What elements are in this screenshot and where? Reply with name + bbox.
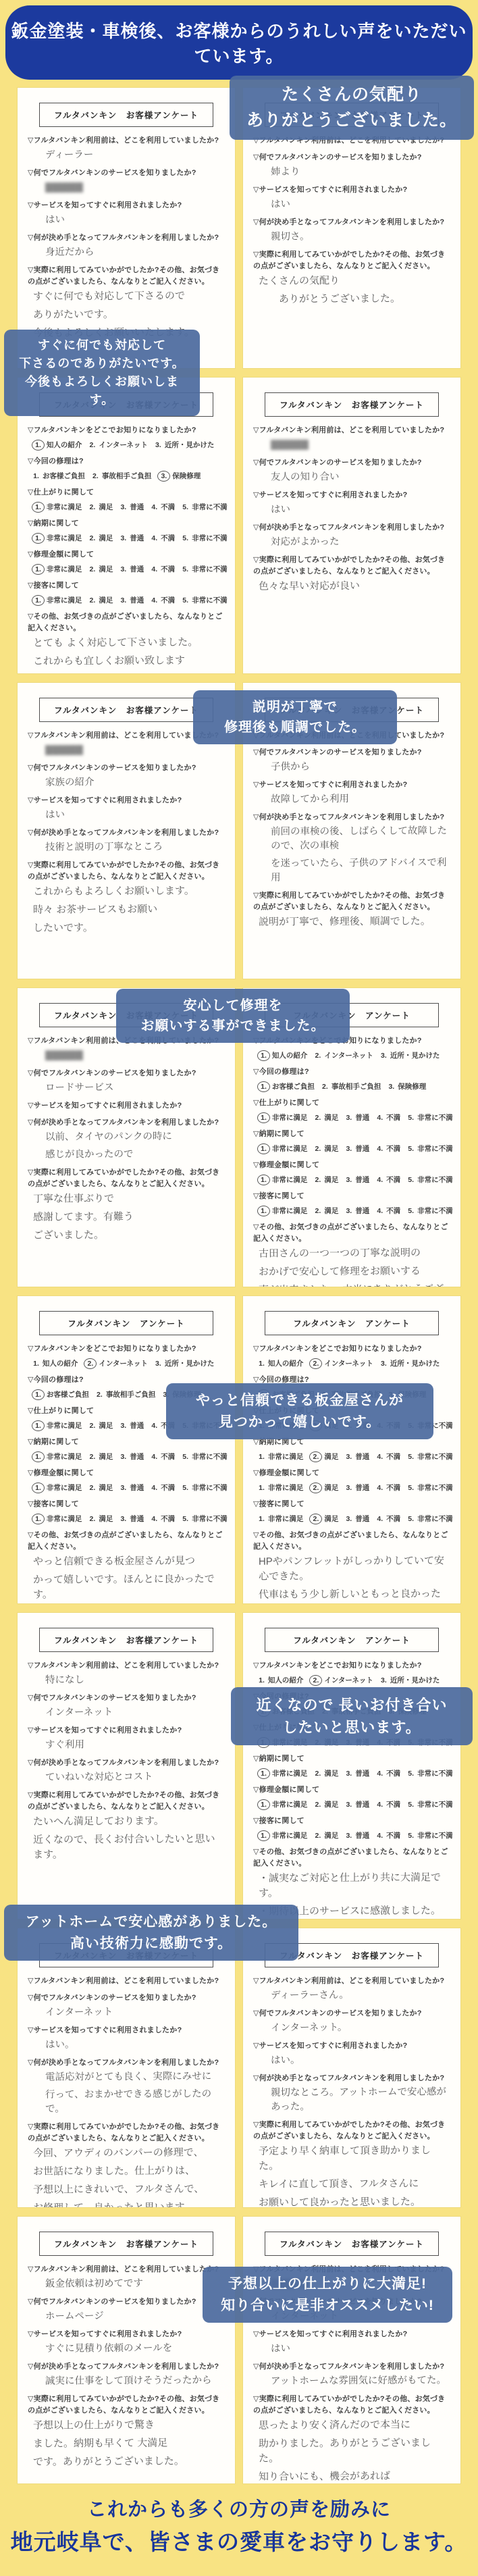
option: 3. 近所・見かけた (379, 1676, 440, 1684)
survey-card: フルタバンキン お客様アンケート▽フルタバンキン利用前は、どこを利用していました… (18, 88, 235, 368)
option: 2. 満足 (313, 1145, 338, 1153)
option-number: 4. (375, 1453, 384, 1461)
option: 1. 非常に満足 (32, 503, 82, 511)
options-row: 1. 非常に満足2. 満足3. 普通4. 不満5. 非常に不満 (257, 1768, 450, 1779)
option: 2. インターネット (309, 1676, 373, 1684)
option: 2. 満足 (313, 1801, 338, 1809)
option-text: 不満 (384, 1484, 400, 1492)
option-number: 5. (406, 1176, 415, 1184)
callout-line: 説明が丁寧で (203, 697, 388, 717)
question-label: ▽その他、お気づきの点がございましたら、なんなりとご記入ください。 (28, 1530, 225, 1553)
footer-message: これからも多くの方の声を励みに 地元岐阜で、皆さまの愛車をお守りします。 (0, 2496, 478, 2576)
option-number: 3. (344, 1484, 353, 1492)
option-text: 不満 (384, 1515, 400, 1523)
option-number: 4. (375, 1114, 384, 1122)
options-row: 1. 知人の紹介2. インターネット3. 近所・見かけた (32, 440, 225, 450)
option-text: 満足 (322, 1770, 338, 1778)
question-label: ▽実際に利用してみていかがでしたか?その他、お気づきの点がございましたら、なんな… (253, 555, 450, 577)
option-number: 5. (181, 596, 190, 604)
option: 1. 非常に満足 (257, 1207, 307, 1215)
handwritten-answer: 前回の車検の後、しばらくして故障したので、次の車検 (271, 825, 450, 854)
option: 1. 非常に満足 (257, 1515, 303, 1523)
option: 1. お客様ご負担 (257, 1083, 315, 1091)
option-number: 4. (375, 1484, 384, 1492)
option: 4. 不満 (375, 1114, 400, 1122)
question-label: ▽実際に利用してみていかがでしたか?その他、お気づきの点がございましたら、なんな… (28, 860, 225, 883)
options-row: 1. 非常に満足2. 満足3. 普通4. 不満5. 非常に不満 (257, 1830, 450, 1841)
option-text: 知人の紹介 (41, 1360, 78, 1368)
option: 5. 非常に不満 (406, 1114, 452, 1122)
option-number: 4. (150, 596, 159, 604)
option-text: 非常に不満 (415, 1453, 452, 1461)
question-label: ▽サービスを知ってすぐに利用されましたか? (253, 779, 450, 791)
option-number: 4. (375, 1832, 384, 1840)
option-text: 満足 (322, 1832, 338, 1840)
footer-line-1: これからも多くの方の声を励みに (0, 2496, 478, 2525)
question-label: ▽サービスを知ってすぐに利用されましたか? (253, 2040, 450, 2052)
handwritten-answer: おかげで安心して修理をお願いする (259, 1264, 450, 1279)
option-text: 普通 (353, 1515, 369, 1523)
option-number: 2. (88, 565, 97, 573)
question-label: ▽何が決め手となってフルタバンキンを利用しましたか? (28, 827, 225, 839)
handwritten-answer: 説明が丁寧で、修理後、順調でした。 (259, 915, 450, 930)
handwritten-answer: 行って、おまかせできる感じがしたので。 (45, 2088, 225, 2117)
option-number: 2. (313, 1052, 322, 1060)
option: 2. インターネット (309, 1360, 373, 1368)
option: 4. 不満 (150, 503, 175, 511)
circled-option-number: 1. (32, 1420, 45, 1431)
option: 2. 満足 (88, 565, 113, 573)
handwritten-answer: はい (45, 212, 225, 227)
option-text: 満足 (97, 1515, 113, 1523)
redacted-handwritten-answer: ▇▇▇▇▇ (45, 1048, 225, 1062)
option: 2. 事故相手ご負担 (321, 1083, 381, 1091)
option-number: 4. (375, 1176, 384, 1184)
question-label: ▽フルタバンキン利用前は、どこを利用していましたか? (253, 425, 450, 436)
handwritten-answer: 姉より (271, 164, 450, 179)
option-number: 3. (119, 1422, 128, 1430)
option-number: 2. (313, 1832, 322, 1840)
option-number: 4. (150, 503, 159, 511)
question-label: ▽何が決め手となってフルタバンキンを利用しましたか? (253, 2361, 450, 2373)
handwritten-answer: はい (271, 502, 450, 517)
option-text: お客様ご負担 (41, 472, 85, 480)
option-number: 2. (95, 1391, 104, 1399)
handwritten-answer: 感謝してます。有難う (33, 1209, 225, 1225)
option-text: 非常に不満 (415, 1801, 452, 1809)
handwritten-answer: 感じが良かったので (45, 1148, 225, 1162)
option-number: 2. (313, 1145, 322, 1153)
option-text: 不満 (159, 1484, 175, 1492)
callout-line: 下さるのでありがたいです。 (14, 355, 190, 373)
handwritten-answer: これからもよろしくお願いします。 (33, 884, 225, 900)
question-label: ▽何でフルタバンキンのサービスを知りましたか? (28, 1693, 225, 1704)
option-text: 普通 (128, 503, 144, 511)
option: 1. 知人の紹介 (257, 1360, 303, 1368)
question-label: ▽接客に関して (253, 1191, 450, 1202)
option-number: 4. (375, 1801, 384, 1809)
question-label: ▽実際に利用してみていかがでしたか?その他、お気づきの点がございましたら、なんな… (28, 1167, 225, 1190)
option-number: 2. (88, 503, 97, 511)
option: 3. 普通 (344, 1453, 369, 1461)
option-number: 2. (321, 1083, 329, 1091)
option: 3. 普通 (119, 1453, 144, 1461)
question-label: ▽何でフルタバンキンのサービスを知りましたか? (253, 2008, 450, 2019)
option-number: 1. (257, 1484, 266, 1492)
option: 1. 非常に満足 (32, 1422, 82, 1430)
handwritten-answer: 色々な早い対応が良い (259, 579, 450, 594)
question-label: ▽フルタバンキンをどこでお知りになりましたか? (253, 1343, 450, 1355)
option-text: 非常に満足 (45, 534, 82, 542)
circled-option-number: 1. (257, 1081, 270, 1092)
option-text: 非常に満足 (45, 1453, 82, 1461)
option: 5. 非常に不満 (181, 596, 227, 604)
option-number: 1. (257, 1360, 266, 1368)
option-number: 2. (313, 1801, 322, 1809)
option: 1. 非常に満足 (32, 565, 82, 573)
option-text: 非常に満足 (270, 1801, 307, 1809)
handwritten-answer: 親切さ。 (271, 230, 450, 244)
question-label: ▽仕上がりに関して (253, 1098, 450, 1109)
option-number: 3. (344, 1453, 353, 1461)
handwritten-answer: 思ったより安く済んだので本当に (259, 2418, 450, 2433)
option-text: 非常に不満 (415, 1114, 452, 1122)
option: 2. 満足 (88, 503, 113, 511)
question-label: ▽何でフルタバンキンのサービスを知りましたか? (28, 1992, 225, 2004)
options-row: 1. 非常に満足2. 満足3. 普通4. 不満5. 非常に不満 (32, 533, 225, 544)
options-row: 1. 非常に満足2. 満足3. 普通4. 不満5. 非常に不満 (257, 1799, 450, 1810)
survey-card: フルタバンキン お客様アンケート▽フルタバンキン利用前は、どこを利用していました… (243, 378, 460, 673)
testimonial-callout: アットホームで安心感がありました。高い技術力に感動です。 (4, 1905, 298, 1961)
handwritten-answer: 対応がよかった (271, 535, 450, 550)
option-number: 4. (375, 1145, 384, 1153)
option: 4. 不満 (150, 1515, 175, 1523)
option: 3. 普通 (119, 1422, 144, 1430)
question-label: ▽何が決め手となってフルタバンキンを利用しましたか? (28, 1757, 225, 1769)
option-text: 非常に不満 (415, 1770, 452, 1778)
question-label: ▽実際に利用してみていかがでしたか?その他、お気づきの点がございましたら、なんな… (253, 249, 450, 272)
question-label: ▽修理金額に関して (253, 1468, 450, 1479)
option-text: 満足 (322, 1145, 338, 1153)
testimonial-callout: やっと信頼できる板金屋さんが見つかって嬉しいです。 (166, 1383, 433, 1439)
option: 3. 普通 (119, 1515, 144, 1523)
option: 3. 普通 (344, 1145, 369, 1153)
option-number: 2. (88, 1453, 97, 1461)
question-label: ▽修理金額に関して (253, 1784, 450, 1796)
option: 5. 非常に不満 (406, 1515, 452, 1523)
option: 2. 満足 (88, 1484, 113, 1492)
handwritten-answer: はい。 (271, 2053, 450, 2067)
option: 3. 普通 (344, 1114, 369, 1122)
survey-card-header: フルタバンキン お客様アンケート (39, 1628, 214, 1652)
handwritten-answer: たいへん満足しております。 (33, 1814, 225, 1830)
handwritten-answer: お修理して、良かったと思います。 (33, 2200, 225, 2207)
option-text: 不満 (384, 1114, 400, 1122)
handwritten-answer: アットホームな雰囲気に好感がもてた。 (271, 2374, 450, 2389)
handwritten-answer: です。ありがとうございました。 (33, 2454, 225, 2469)
option-number: 5. (181, 1453, 190, 1461)
option-number: 2. (313, 1770, 322, 1778)
circled-option-number: 1. (257, 1050, 270, 1061)
options-row: 1. 知人の紹介2. インターネット3. 近所・見かけた (257, 1358, 450, 1369)
option: 3. 普通 (344, 1207, 369, 1215)
question-label: ▽実際に利用してみていかがでしたか?その他、お気づきの点がございましたら、なんな… (28, 1790, 225, 1813)
option-text: 非常に満足 (45, 596, 82, 604)
handwritten-answer: 以前、タイヤのパンクの時に (45, 1130, 225, 1145)
testimonial-callout: すぐに何でも対応して下さるのでありがたいです。今後もよろしくお願いします。 (4, 330, 200, 416)
handwritten-answer: ありがとうございました。 (259, 291, 450, 307)
question-label: ▽何でフルタバンキンのサービスを知りましたか? (28, 1068, 225, 1079)
question-label: ▽何でフルタバンキンのサービスを知りましたか? (253, 457, 450, 469)
question-label: ▽今回の修理は? (253, 1066, 450, 1078)
option-text: 非常に満足 (266, 1484, 303, 1492)
option: 2. インターネット (84, 1360, 147, 1368)
option-text: インターネット (322, 1676, 373, 1684)
circled-option-number: 2. (309, 1675, 322, 1686)
survey-card: フルタバンキン お客様アンケート▽フルタバンキン利用前は、どこを利用していました… (243, 2217, 460, 2483)
options-row: 1. 非常に満足2. 満足3. 普通4. 不満5. 非常に不満 (257, 1112, 450, 1123)
survey-card-header: フルタバンキン お客様アンケート (39, 698, 214, 722)
option-number: 2. (313, 1207, 322, 1215)
option-number: 5. (181, 503, 190, 511)
question-label: ▽サービスを知ってすぐに利用されましたか? (253, 490, 450, 501)
handwritten-answer: たくさんの気配り (259, 274, 450, 289)
option-text: 非常に満足 (45, 1515, 82, 1523)
handwritten-answer: すぐに何でも対応して下さるので (33, 289, 225, 305)
question-label: ▽フルタバンキン利用前は、どこを利用していましたか? (28, 1660, 225, 1672)
survey-card: フルタバンキン アンケート▽フルタバンキンをどこでお知りになりましたか?1. 知… (18, 1296, 235, 1603)
option-number: 3. (119, 565, 128, 573)
survey-card-header: フルタバンキン お客様アンケート (265, 2232, 440, 2256)
callout-line: たくさんの気配り (239, 82, 464, 108)
option-text: お客様ご負担 (270, 1083, 315, 1091)
handwritten-answer: はい (45, 807, 225, 822)
option: 2. 満足 (88, 1422, 113, 1430)
question-label: ▽今回の修理は? (28, 456, 225, 467)
option: 5. 非常に不満 (406, 1770, 452, 1778)
option-text: 普通 (353, 1207, 369, 1215)
options-row: 1. 非常に満足2. 満足3. 普通4. 不満5. 非常に不満 (32, 1451, 225, 1462)
callout-line: すぐに何でも対応して (14, 336, 190, 355)
testimonial-callout: 近くなので 長いお付き合いしたいと思います。 (231, 1687, 473, 1745)
question-label: ▽サービスを知ってすぐに利用されましたか? (253, 184, 450, 196)
option-text: 満足 (322, 1176, 338, 1184)
option: 4. 不満 (375, 1207, 400, 1215)
option-number: 5. (181, 1515, 190, 1523)
option-text: 普通 (128, 1484, 144, 1492)
handwritten-answer: 助かりました。ありがとうございました。 (259, 2436, 450, 2466)
question-label: ▽サービスを知ってすぐに利用されましたか? (28, 200, 225, 211)
circled-option-number: 1. (32, 564, 45, 575)
option: 3. 近所・見かけた (154, 1360, 214, 1368)
options-row: 1. 非常に満足2. 満足3. 普通4. 不満5. 非常に不満 (32, 564, 225, 575)
option-number: 5. (406, 1453, 415, 1461)
option: 4. 不満 (375, 1176, 400, 1184)
question-label: ▽実際に利用してみていかがでしたか?その他、お気づきの点がございましたら、なんな… (253, 890, 450, 913)
option-number: 3. (379, 1052, 388, 1060)
question-label: ▽サービスを知ってすぐに利用されましたか? (28, 1725, 225, 1736)
option-text: 普通 (353, 1484, 369, 1492)
option-text: 非常に不満 (190, 1515, 227, 1523)
handwritten-answer: 時々 お茶サービスもお願い (33, 902, 225, 917)
option-number: 4. (150, 1422, 159, 1430)
question-label: ▽その他、お気づきの点がございましたら、なんなりとご記入ください。 (253, 1222, 450, 1245)
option-text: 不満 (384, 1453, 400, 1461)
option-number: 3. (379, 1360, 388, 1368)
option-text: 近所・見かけた (388, 1676, 440, 1684)
option-text: 普通 (128, 1453, 144, 1461)
question-label: ▽サービスを知ってすぐに利用されましたか? (253, 2329, 450, 2340)
testimonial-callout: 安心して修理をお願いする事ができました。 (116, 989, 350, 1043)
question-label: ▽何でフルタバンキンのサービスを知りましたか? (28, 763, 225, 774)
handwritten-answer: はい。 (45, 2037, 225, 2052)
circled-option-number: 1. (32, 595, 45, 606)
question-label: ▽サービスを知ってすぐに利用されましたか? (28, 795, 225, 806)
option-number: 2. (88, 534, 97, 542)
option-text: 非常に不満 (415, 1207, 452, 1215)
option-text: 非常に不満 (415, 1176, 452, 1184)
testimonial-callout: 説明が丁寧で修理後も順調でした。 (193, 690, 397, 744)
option: 1. 非常に満足 (32, 1453, 82, 1461)
option: 5. 非常に不満 (406, 1832, 452, 1840)
handwritten-answer: かって嬉しいです。ほんとに良かったです。 (33, 1572, 225, 1602)
option-text: インターネット (322, 1052, 373, 1060)
option-text: 普通 (353, 1114, 369, 1122)
option-text: 満足 (97, 1453, 113, 1461)
option-number: 3. (344, 1515, 353, 1523)
question-label: ▽修理金額に関して (28, 1468, 225, 1479)
option-text: 事故相手ご負担 (329, 1083, 381, 1091)
option: 5. 非常に不満 (406, 1453, 452, 1461)
option: 4. 不満 (375, 1801, 400, 1809)
option: 3. 近所・見かけた (379, 1052, 440, 1060)
redacted-handwritten-answer: ▇▇▇▇▇ (45, 742, 225, 757)
survey-card: フルタバンキン お客様アンケート▽フルタバンキン利用前は、どこを利用していました… (243, 1928, 460, 2207)
option-text: お客様ご負担 (45, 1391, 89, 1399)
option-text: 非常に満足 (45, 1422, 82, 1430)
option-text: インターネット (97, 441, 147, 449)
question-label: ▽何が決め手となってフルタバンキンを利用しましたか? (28, 232, 225, 244)
handwritten-answer: 事が出来ました。 本当にありがとうございました (259, 1282, 450, 1287)
question-label: ▽何が決め手となってフルタバンキンを利用しましたか? (28, 1117, 225, 1129)
option-number: 5. (181, 534, 190, 542)
option-number: 5. (406, 1145, 415, 1153)
handwritten-answer: はい (271, 197, 450, 211)
handwritten-answer: ・誠実なご対応と仕上がり共に大満足です。 (259, 1871, 450, 1901)
option-text: 事故相手ご負担 (104, 1391, 155, 1399)
option-text: 満足 (322, 1484, 338, 1492)
option-number: 5. (406, 1770, 415, 1778)
circled-option-number: 1. (32, 533, 45, 544)
circled-option-number: 2. (309, 1514, 322, 1524)
option-text: インターネット (322, 1360, 373, 1368)
option: 1. 知人の紹介 (32, 441, 82, 449)
option: 2. 満足 (313, 1114, 338, 1122)
option: 4. 不満 (375, 1453, 400, 1461)
options-row: 1. 非常に満足2. 満足3. 普通4. 不満5. 非常に不満 (32, 595, 225, 606)
option: 5. 非常に不満 (181, 1515, 227, 1523)
option: 5. 非常に不満 (181, 1453, 227, 1461)
testimonial-callout: 予想以上の仕上がりに大満足!知り合いに是非オススメしたい! (203, 2267, 452, 2323)
question-label: ▽実際に利用してみていかがでしたか?その他、お気づきの点がございましたら、なんな… (28, 2394, 225, 2417)
question-label: ▽フルタバンキン利用前は、どこを利用していましたか? (28, 2264, 225, 2275)
option: 4. 不満 (150, 1453, 175, 1461)
callout-line: ありがとうございました。 (239, 108, 464, 134)
option: 3. 普通 (344, 1515, 369, 1523)
callout-line: 予想以上の仕上がりに大満足! (212, 2273, 443, 2295)
option-number: 3. (119, 503, 128, 511)
handwritten-answer: ました。納期も早くて 大満足 (33, 2436, 225, 2451)
option-text: 不満 (384, 1176, 400, 1184)
handwritten-answer: やっと信頼できる板金屋さんが見つ (33, 1554, 225, 1570)
option-number: 4. (375, 1207, 384, 1215)
option-text: 普通 (128, 565, 144, 573)
option: 3. 普通 (344, 1484, 369, 1492)
handwritten-answer: ロードサービス (45, 1080, 225, 1095)
circled-option-number: 2. (309, 1358, 322, 1369)
option: 1. 非常に満足 (257, 1176, 307, 1184)
option: 2. 満足 (313, 1770, 338, 1778)
option-text: 非常に不満 (190, 1484, 227, 1492)
option-text: 不満 (159, 503, 175, 511)
option-number: 3. (119, 1484, 128, 1492)
option: 2. 満足 (88, 1453, 113, 1461)
testimonials-page: 鈑金塗装・車検後、お客様からのうれしい声をいただいています。 フルタバンキン お… (0, 0, 478, 2576)
option-text: 非常に満足 (270, 1832, 307, 1840)
option: 1. 知人の紹介 (257, 1676, 303, 1684)
callout-line: 見つかって嬉しいです。 (176, 1412, 424, 1433)
option-number: 4. (150, 534, 159, 542)
option: 2. 満足 (88, 596, 113, 604)
option: 1. 非常に満足 (257, 1770, 307, 1778)
option: 1. 非常に満足 (257, 1484, 303, 1492)
question-label: ▽修理金額に関して (253, 1160, 450, 1171)
handwritten-answer: 誠実に仕事をして頂けそうだったから (45, 2374, 225, 2389)
option: 2. 満足 (313, 1207, 338, 1215)
option: 4. 不満 (150, 565, 175, 573)
option-text: 満足 (97, 565, 113, 573)
option-text: 非常に不満 (415, 1145, 452, 1153)
option-text: 不満 (384, 1145, 400, 1153)
callout-line: 近くなので 長いお付き合い (240, 1694, 463, 1716)
option-text: 普通 (128, 596, 144, 604)
option: 1. 非常に満足 (257, 1145, 307, 1153)
option-number: 5. (406, 1207, 415, 1215)
option-text: インターネット (97, 1360, 147, 1368)
circled-option-number: 1. (257, 1830, 270, 1841)
question-label: ▽フルタバンキン利用前は、どこを利用していましたか? (253, 1976, 450, 1987)
handwritten-answer: HPやパンフレットがしっかりしていて安心できた。 (259, 1554, 450, 1585)
option-text: 不満 (384, 1801, 400, 1809)
question-label: ▽何が決め手となってフルタバンキンを利用しましたか? (28, 2361, 225, 2373)
testimonial-callout: たくさんの気配りありがとうございました。 (230, 76, 474, 140)
option-number: 2. (88, 441, 97, 449)
option: 1. 知人の紹介 (257, 1052, 307, 1060)
circled-option-number: 1. (32, 1483, 45, 1493)
option-number: 2. (313, 1176, 322, 1184)
option-text: 非常に不満 (415, 1515, 452, 1523)
option-number: 4. (150, 1484, 159, 1492)
option-number: 4. (375, 1515, 384, 1523)
option: 4. 不満 (150, 534, 175, 542)
question-label: ▽納期に関して (28, 518, 225, 530)
survey-card: フルタバンキン お客様アンケート▽フルタバンキン利用前は、どこを利用していました… (18, 2217, 235, 2483)
question-label: ▽その他、お気づきの点がございましたら、なんなりとご記入ください。 (253, 1847, 450, 1870)
survey-card-header: フルタバンキン お客様アンケート (265, 392, 440, 417)
handwritten-answer: ディーラー (45, 147, 225, 162)
option: 4. 不満 (375, 1515, 400, 1523)
handwritten-answer: 技術と説明の丁寧なところ (45, 840, 225, 855)
